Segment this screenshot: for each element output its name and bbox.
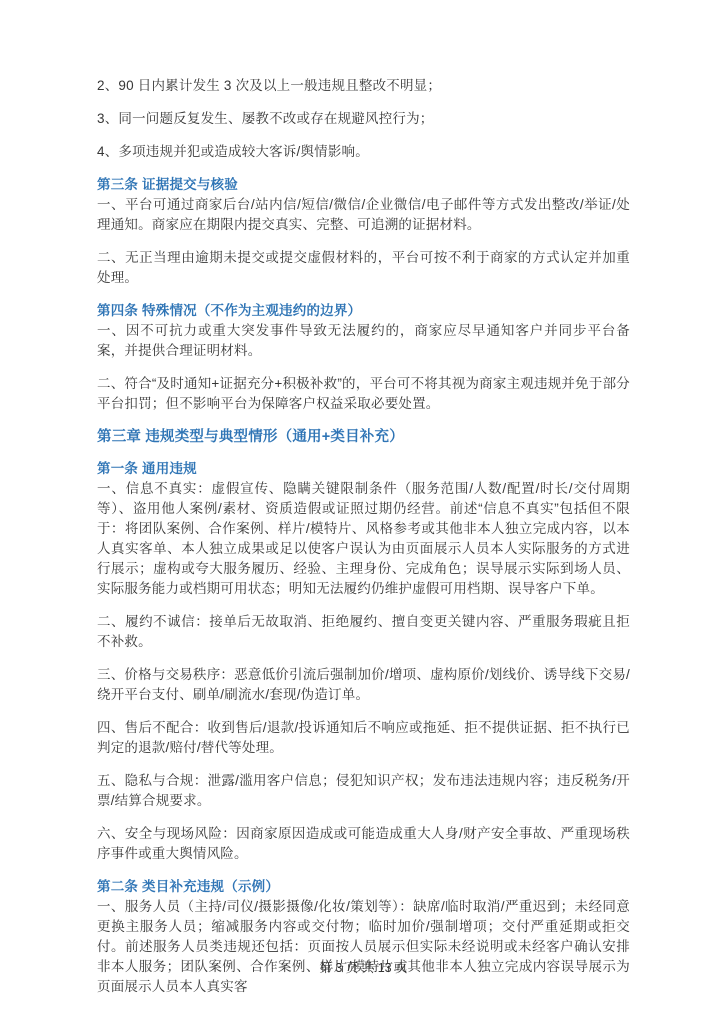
document-page: 2、90 日内累计发生 3 次及以上一般违规且整改不明显； 3、同一问题反复发生…: [0, 0, 724, 1024]
doc-paragraph: 二、履约不诚信：接单后无故取消、拒绝履约、擅自变更关键内容、严重服务瑕疵且拒不补…: [97, 612, 630, 652]
doc-paragraph: 四、售后不配合：收到售后/退款/投诉通知后不响应或拖延、拒不提供证据、拒不执行已…: [97, 718, 630, 758]
doc-paragraph: 一、平台可通过商家后台/站内信/短信/微信/企业微信/电子邮件等方式发出整改/举…: [97, 195, 630, 235]
doc-paragraph: 六、安全与现场风险：因商家原因造成或可能造成重大人身/财产安全事故、严重现场秩序…: [97, 824, 630, 864]
doc-paragraph: 二、符合“及时通知+证据充分+积极补救”的，平台可不将其视为商家主观违规并免于部…: [97, 374, 630, 414]
article-heading: 第四条 特殊情况（不作为主观违约的边界）: [97, 301, 630, 321]
page-number-footer: 第 3 页 共 13 页: [97, 958, 630, 976]
document-body: 2、90 日内累计发生 3 次及以上一般违规且整改不明显； 3、同一问题反复发生…: [97, 76, 630, 1010]
doc-paragraph: 二、无正当理由逾期未提交或提交虚假材料的，平台可按不利于商家的方式认定并加重处理…: [97, 248, 630, 288]
doc-paragraph: 一、信息不真实：虚假宣传、隐瞒关键限制条件（服务范围/人数/配置/时长/交付周期…: [97, 479, 630, 599]
doc-paragraph: 五、隐私与合规：泄露/滥用客户信息；侵犯知识产权；发布违法违规内容；违反税务/开…: [97, 771, 630, 811]
doc-paragraph: 三、价格与交易秩序：恶意低价引流后强制加价/增项、虚构原价/划线价、诱导线下交易…: [97, 665, 630, 705]
chapter-heading: 第三章 违规类型与典型情形（通用+类目补充）: [97, 427, 630, 447]
doc-list-item: 3、同一问题反复发生、屡教不改或存在规避风控行为；: [97, 109, 630, 129]
article-heading: 第二条 类目补充违规（示例）: [97, 877, 630, 897]
doc-list-item: 2、90 日内累计发生 3 次及以上一般违规且整改不明显；: [97, 76, 630, 96]
article-heading: 第一条 通用违规: [97, 459, 630, 479]
doc-paragraph: 一、服务人员（主持/司仪/摄影摄像/化妆/策划等）：缺席/临时取消/严重迟到；未…: [97, 897, 630, 997]
article-heading: 第三条 证据提交与核验: [97, 175, 630, 195]
doc-paragraph: 一、因不可抗力或重大突发事件导致无法履约的，商家应尽早通知客户并同步平台备案，并…: [97, 321, 630, 361]
doc-list-item: 4、多项违规并犯或造成较大客诉/舆情影响。: [97, 142, 630, 162]
